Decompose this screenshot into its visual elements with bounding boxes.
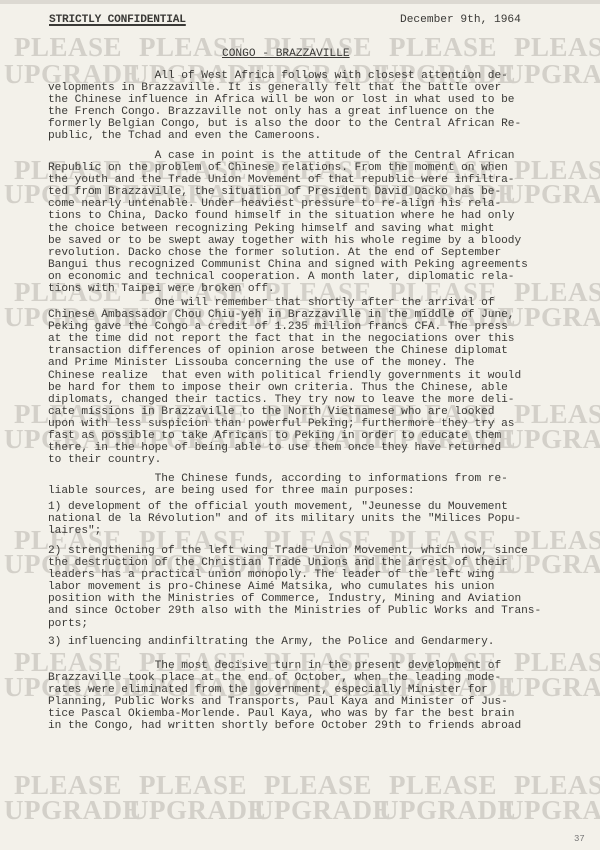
- paragraph-chinese-ambassador: One will remember that shortly after the…: [48, 297, 588, 466]
- paragraph-decisive-turn: The most decisive turn in the present de…: [48, 660, 588, 733]
- list-item-purpose-3: 3) influencing andinfiltrating the Army,…: [48, 636, 588, 648]
- classification-label: STRICTLY CONFIDENTIAL: [49, 14, 186, 26]
- paragraph-intro: All of West Africa follows with closest …: [48, 70, 588, 143]
- document-body: STRICTLY CONFIDENTIAL December 9th, 1964…: [0, 4, 600, 850]
- document-title: CONGO - BRAZZAVILLE: [222, 48, 350, 60]
- document-page: PLEASEPLEASEPLEASEPLEASEPLEASEPLEASEPLEA…: [0, 4, 600, 850]
- list-item-purpose-2: 2) strengthening of the left wing Trade …: [48, 545, 588, 630]
- paragraph-central-african-republic: A case in point is the attitude of the C…: [48, 150, 588, 295]
- list-item-purpose-1: 1) development of the official youth mov…: [48, 501, 588, 537]
- document-date: December 9th, 1964: [400, 14, 521, 26]
- page-number: 37: [574, 834, 585, 844]
- paragraph-chinese-funds: The Chinese funds, according to informat…: [48, 473, 588, 497]
